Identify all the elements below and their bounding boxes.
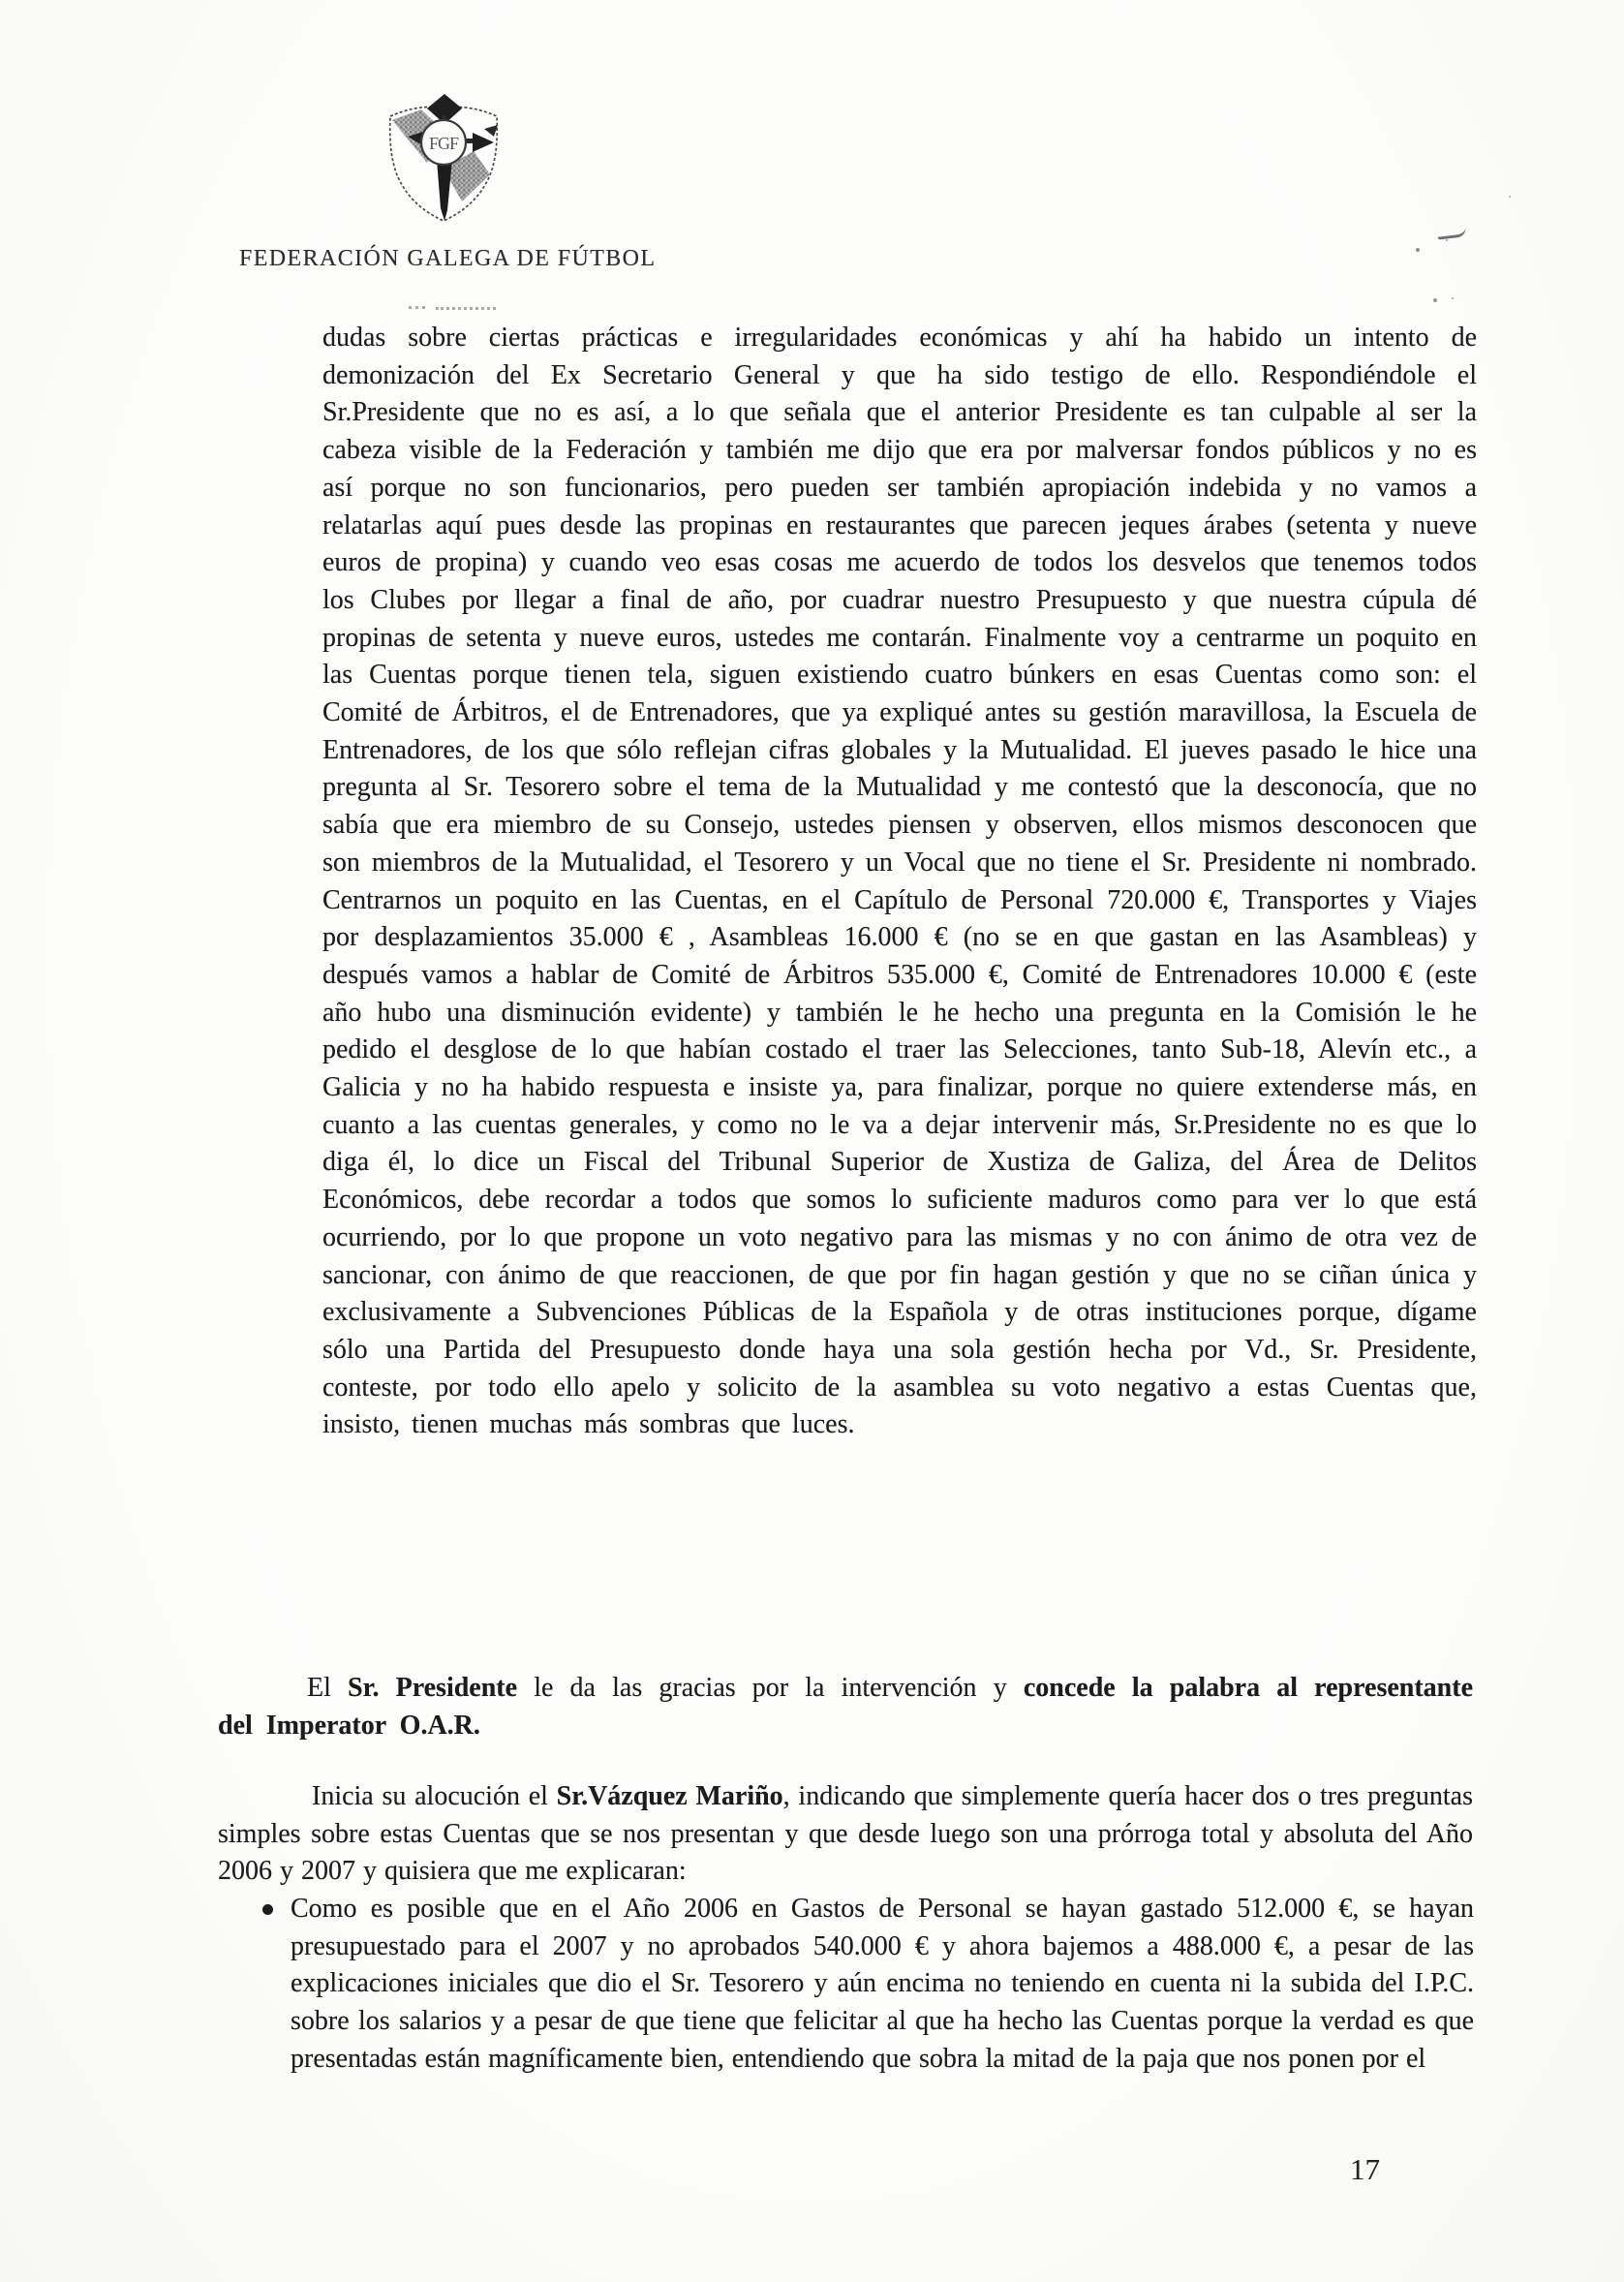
text-run: El [307,1673,348,1703]
crest-initials: FGF [429,134,459,153]
text-run: Inicia su alocución el [312,1781,557,1811]
president-name-bold: Sr. Presidente [348,1673,517,1703]
scan-artifact-dash [409,306,425,309]
bullet-list-item: Como es posible que en el Año 2006 en Ga… [291,1891,1474,2079]
intervention-continuation-paragraph: dudas sobre ciertas prácticas e irregula… [322,320,1477,1444]
scanned-minutes-page: FGF FEDERACIÓN GALEGA DE FÚTBOL dudas so… [0,0,1624,2282]
vazquez-intervention-paragraph: Inicia su alocución el Sr.Vázquez Mariño… [218,1778,1473,1891]
scan-artifact-dash [436,307,496,310]
bullet-item-text: Como es posible que en el Año 2006 en Ga… [291,1891,1474,2079]
scan-artifact-pen-mark [1436,223,1466,240]
org-name: FEDERACIÓN GALEGA DE FÚTBOL [239,246,656,272]
fgf-crest-logo: FGF [376,92,511,232]
page-number: 17 [1350,2152,1380,2187]
bullet-icon [262,1904,273,1915]
president-response-paragraph: El Sr. Presidente le da las gracias por … [218,1670,1473,1744]
scan-artifact-specks [1416,248,1420,252]
vazquez-name-bold: Sr.Vázquez Mariño [557,1781,783,1811]
text-run: le da las gracias por la intervención y [517,1673,1024,1703]
